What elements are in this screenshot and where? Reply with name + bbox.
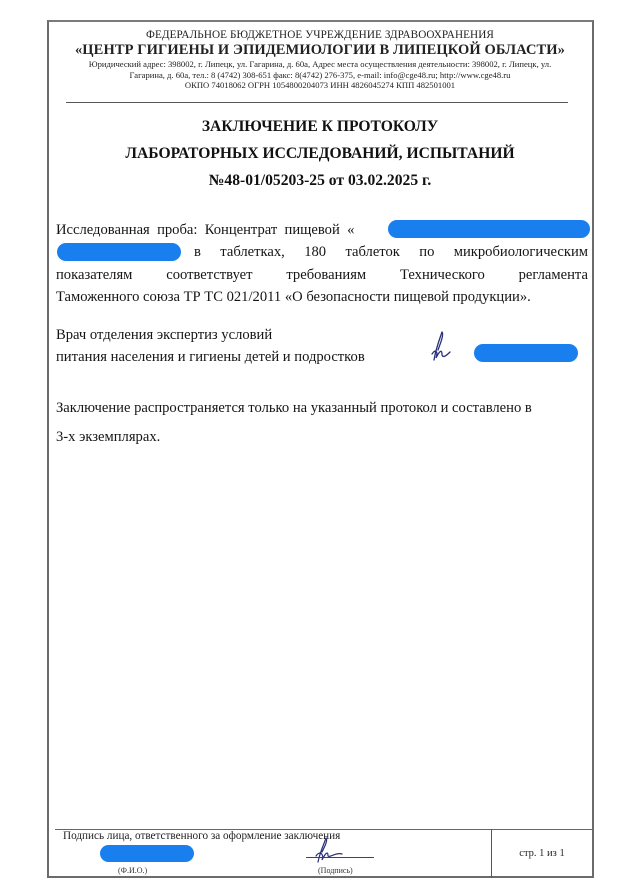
org-type: ФЕДЕРАЛЬНОЕ БЮДЖЕТНОЕ УЧРЕЖДЕНИЕ ЗДРАВОО… [55, 28, 585, 42]
conclusion-line-2: в таблетках, 180 таблеток по микробиолог… [56, 241, 588, 263]
word: микробиологическим [454, 241, 588, 263]
signature-caption: (Подпись) [318, 866, 353, 875]
letterhead: ФЕДЕРАЛЬНОЕ БЮДЖЕТНОЕ УЧРЕЖДЕНИЕ ЗДРАВОО… [55, 28, 585, 91]
word: 180 [304, 241, 326, 263]
word: соответствует [166, 264, 252, 286]
validity-note-line-1: Заключение распространяется только на ук… [56, 394, 588, 423]
redacted-responsible-name [100, 845, 194, 862]
conclusion-line-1: Исследованная проба: Концентрат пищевой … [56, 219, 588, 241]
document-title-line-2: ЛАБОРАТОРНЫХ ИССЛЕДОВАНИЙ, ИСПЫТАНИЙ [55, 145, 585, 163]
word: таблетках, [220, 241, 285, 263]
redacted-signatory-name [474, 344, 578, 362]
word: регламента [519, 264, 588, 286]
validity-note-line-2: 3-х экземплярах. [56, 423, 588, 452]
word: по [419, 241, 434, 263]
signatory-position-line-1: Врач отделения экспертиз условий [56, 324, 588, 346]
conclusion-paragraph: Исследованная проба: Концентрат пищевой … [56, 219, 588, 308]
word: в [194, 241, 201, 263]
fio-caption: (Ф.И.О.) [118, 866, 147, 875]
conclusion-line-1-text: Исследованная проба: Концентрат пищевой … [56, 222, 354, 238]
signature-line [306, 857, 374, 858]
conclusion-line-2-words: в таблетках, 180 таблеток по микробиолог… [194, 241, 588, 263]
org-registration-codes: ОКПО 74018062 ОГРН 1054800204073 ИНН 482… [55, 80, 585, 91]
conclusion-line-4: Таможенного союза ТР ТС 021/2011 «О безо… [56, 286, 588, 308]
redacted-product-name-part-2 [57, 243, 181, 261]
signature-icon [424, 330, 458, 364]
org-address-line-1: Юридический адрес: 398002, г. Липецк, ул… [49, 59, 591, 70]
page-number: стр. 1 из 1 [492, 829, 592, 877]
word: таблеток [345, 241, 399, 263]
org-name: «ЦЕНТР ГИГИЕНЫ И ЭПИДЕМИОЛОГИИ В ЛИПЕЦКО… [55, 42, 585, 59]
document-number-date: №48-01/05203-25 от 03.02.2025 г. [55, 172, 585, 190]
validity-note: Заключение распространяется только на ук… [56, 394, 588, 452]
redacted-product-name-part-1 [388, 220, 590, 238]
responsible-person-label: Подпись лица, ответственного за оформлен… [63, 830, 340, 842]
footer-signature-icon [312, 836, 352, 864]
document-title-line-1: ЗАКЛЮЧЕНИЕ К ПРОТОКОЛУ [55, 118, 585, 136]
header-divider [66, 102, 568, 103]
conclusion-line-3: показателям соответствует требованиям Те… [56, 264, 588, 286]
org-address-line-2: Гагарина, д. 60а, тел.: 8 (4742) 308-651… [55, 70, 585, 81]
word: требованиям [286, 264, 366, 286]
word: показателям [56, 264, 132, 286]
word: Технического [400, 264, 485, 286]
